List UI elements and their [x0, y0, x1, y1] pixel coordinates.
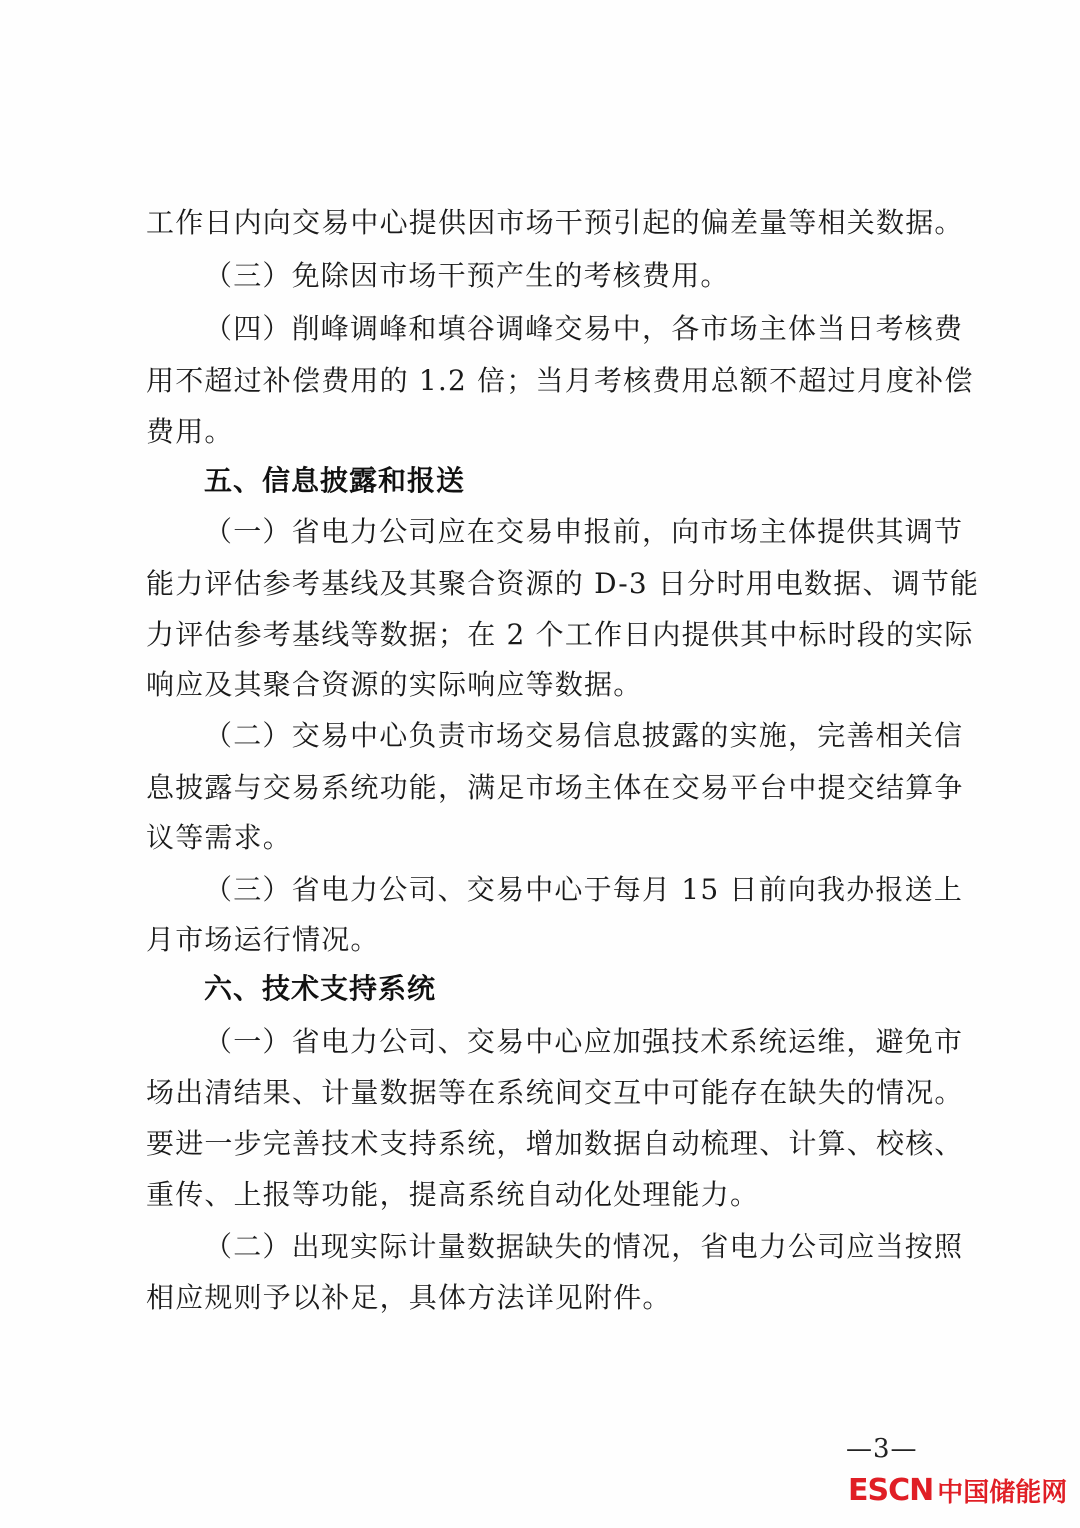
document-page: 工作日内向交易中心提供因市场干预引起的偏差量等相关数据。（三）免除因市场干预产生…	[0, 0, 1080, 1528]
text-line: 费用。	[146, 414, 946, 450]
text-line: （三）免除因市场干预产生的考核费用。	[204, 258, 946, 294]
text-line: （四）削峰调峰和填谷调峰交易中，各市场主体当日考核费	[204, 311, 946, 347]
watermark-chinese: 中国储能网	[937, 1472, 1067, 1509]
text-line: 息披露与交易系统功能，满足市场主体在交易平台中提交结算争	[146, 770, 946, 806]
text-line: 用不超过补偿费用的 1.2 倍；当月考核费用总额不超过月度补偿	[146, 363, 946, 399]
text-line: （一）省电力公司、交易中心应加强技术系统运维，避免市	[204, 1024, 946, 1060]
text-line: （一）省电力公司应在交易申报前，向市场主体提供其调节	[204, 514, 946, 550]
text-line: 重传、上报等功能，提高系统自动化处理能力。	[146, 1177, 946, 1213]
text-line: 议等需求。	[146, 820, 946, 856]
text-line: 相应规则予以补足，具体方法详见附件。	[146, 1280, 946, 1316]
text-line: （三）省电力公司、交易中心于每月 15 日前向我办报送上	[204, 872, 946, 908]
text-line: 场出清结果、计量数据等在系统间交互中可能存在缺失的情况。	[146, 1075, 946, 1111]
text-line: 工作日内向交易中心提供因市场干预引起的偏差量等相关数据。	[146, 205, 946, 241]
section-heading: 五、信息披露和报送	[204, 463, 465, 499]
page-number: —3—	[846, 1434, 918, 1464]
text-line: 力评估参考基线等数据；在 2 个工作日内提供其中标时段的实际	[146, 617, 946, 653]
text-line: 响应及其聚合资源的实际响应等数据。	[146, 667, 946, 703]
text-line: （二）出现实际计量数据缺失的情况，省电力公司应当按照	[204, 1229, 946, 1265]
text-line: 要进一步完善技术支持系统，增加数据自动梳理、计算、校核、	[146, 1126, 946, 1162]
text-line: 能力评估参考基线及其聚合资源的 D-3 日分时用电数据、调节能	[146, 566, 946, 602]
watermark-latin: ESCN	[848, 1473, 933, 1508]
text-line: （二）交易中心负责市场交易信息披露的实施，完善相关信	[204, 718, 946, 754]
text-line: 月市场运行情况。	[146, 922, 946, 958]
escn-watermark-logo: ESCN 中国储能网	[848, 1473, 1067, 1507]
section-heading: 六、技术支持系统	[204, 971, 436, 1007]
